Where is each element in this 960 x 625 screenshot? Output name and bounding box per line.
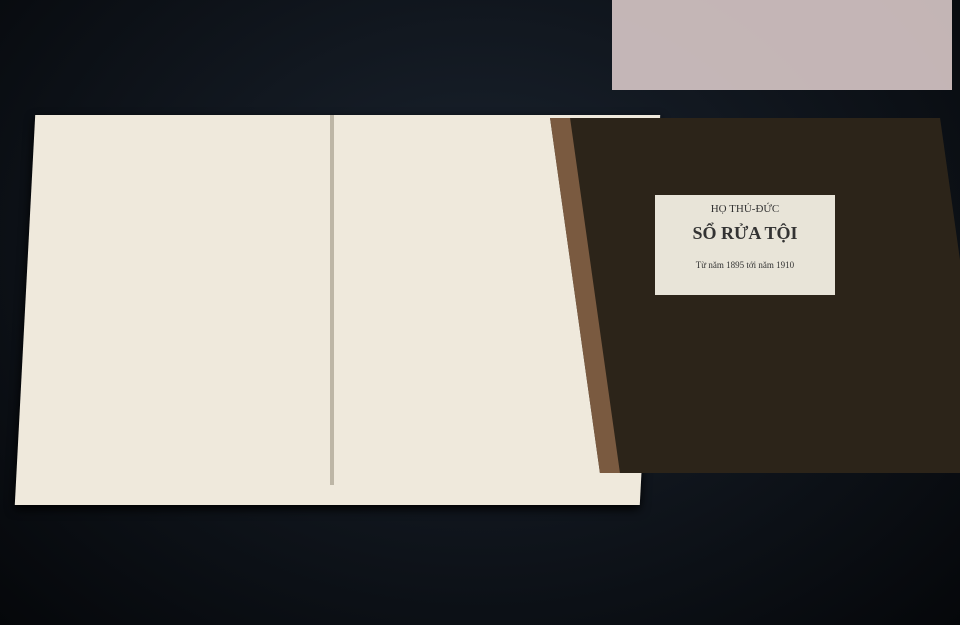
date-range: Từ năm 1895 tới năm 1910 <box>655 260 835 270</box>
book-gutter <box>330 115 334 485</box>
book-title: SỔ RỬA TỘI <box>655 223 835 244</box>
cover-label: HỌ THỦ-ĐỨC SỔ RỬA TỘI Từ năm 1895 tới nă… <box>655 195 835 295</box>
closed-book-cover <box>550 118 960 473</box>
background-box <box>612 0 952 90</box>
parish-name: HỌ THỦ-ĐỨC <box>655 203 835 215</box>
